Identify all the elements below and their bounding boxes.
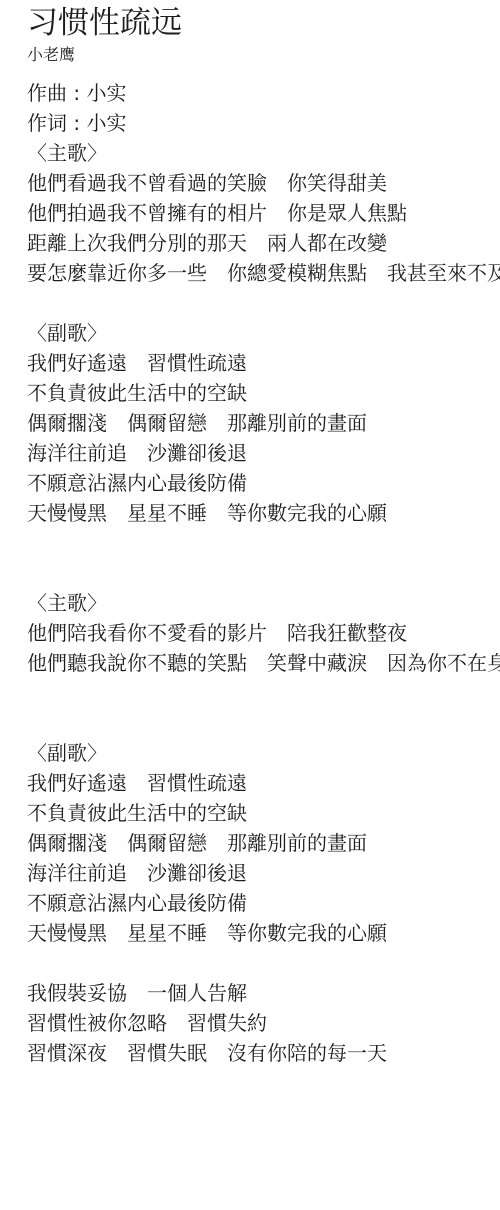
lyric-line: 不負責彼此生活中的空缺 bbox=[27, 378, 500, 408]
composer-credit: 作曲 : 小实 bbox=[27, 78, 500, 108]
lyric-line: 我們好遙遠 習慣性疏遠 bbox=[27, 348, 500, 378]
section-label: 〈主歌〉 bbox=[27, 138, 500, 168]
lyrics-body: 作曲 : 小实作词 : 小实〈主歌〉他們看過我不曾看過的笑臉 你笑得甜美他們拍過… bbox=[27, 78, 500, 1068]
artist-name: 小老鹰 bbox=[27, 44, 500, 66]
lyric-line: 他們拍過我不曾擁有的相片 你是眾人焦點 bbox=[27, 198, 500, 228]
lyric-line: 海洋往前追 沙灘卻後退 bbox=[27, 438, 500, 468]
lyric-line: 不負責彼此生活中的空缺 bbox=[27, 798, 500, 828]
blank-line bbox=[27, 948, 500, 978]
lyric-line: 他們陪我看你不愛看的影片 陪我狂歡整夜 bbox=[27, 618, 500, 648]
lyric-line: 他們看過我不曾看過的笑臉 你笑得甜美 bbox=[27, 168, 500, 198]
lyric-line: 習慣性被你忽略 習慣失約 bbox=[27, 1008, 500, 1038]
song-title: 习惯性疏远 bbox=[27, 0, 500, 44]
blank-line bbox=[27, 558, 500, 588]
lyric-line: 他們聽我說你不聽的笑點 笑聲中藏淚 因為你不在身邊 bbox=[27, 648, 500, 678]
lyric-line: 天慢慢黑 星星不睡 等你數完我的心願 bbox=[27, 918, 500, 948]
lyric-line: 我們好遙遠 習慣性疏遠 bbox=[27, 768, 500, 798]
blank-line bbox=[27, 288, 500, 318]
section-label: 〈主歌〉 bbox=[27, 588, 500, 618]
lyric-line: 要怎麼靠近你多一些 你總愛模糊焦點 我甚至來不及喊 bbox=[27, 258, 500, 288]
lyricist-credit: 作词 : 小实 bbox=[27, 108, 500, 138]
lyric-line: 我假裝妥協 一個人告解 bbox=[27, 978, 500, 1008]
lyric-line: 天慢慢黑 星星不睡 等你數完我的心願 bbox=[27, 498, 500, 528]
lyrics-page: { "header": { "title": "习惯性疏远", "artist"… bbox=[0, 0, 500, 1210]
lyric-line: 偶爾擱淺 偶爾留戀 那離別前的畫面 bbox=[27, 408, 500, 438]
lyrics-document: 习惯性疏远 小老鹰 作曲 : 小实作词 : 小实〈主歌〉他們看過我不曾看過的笑臉… bbox=[0, 0, 500, 1068]
lyric-line: 偶爾擱淺 偶爾留戀 那離別前的畫面 bbox=[27, 828, 500, 858]
blank-line bbox=[27, 708, 500, 738]
blank-line bbox=[27, 528, 500, 558]
lyric-line: 海洋往前追 沙灘卻後退 bbox=[27, 858, 500, 888]
lyric-line: 不願意沾濕内心最後防備 bbox=[27, 888, 500, 918]
section-label: 〈副歌〉 bbox=[27, 738, 500, 768]
blank-line bbox=[27, 678, 500, 708]
section-label: 〈副歌〉 bbox=[27, 318, 500, 348]
lyric-line: 習慣深夜 習慣失眠 沒有你陪的每一天 bbox=[27, 1038, 500, 1068]
lyric-line: 不願意沾濕内心最後防備 bbox=[27, 468, 500, 498]
lyric-line: 距離上次我們分別的那天 兩人都在改變 bbox=[27, 228, 500, 258]
